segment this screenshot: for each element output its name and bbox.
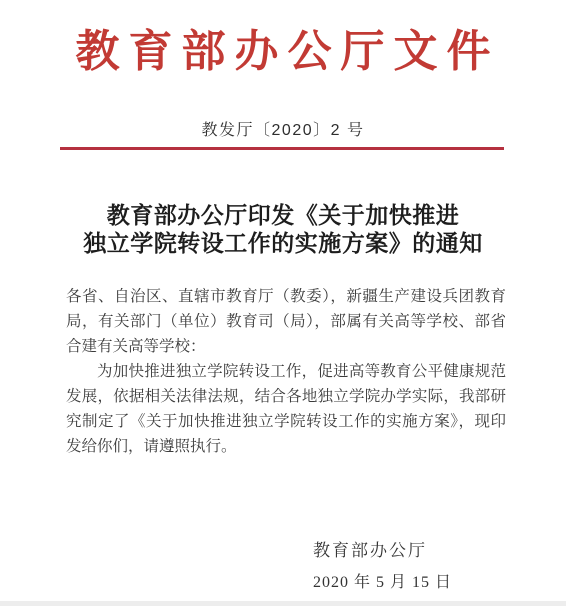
body-paragraph-line: 究制定了《关于加快推进独立学院转设工作的实施方案》，现印 — [66, 409, 506, 434]
body-paragraph-line: 发给你们，请遵照执行。 — [66, 434, 506, 459]
document-header-title: 教育部办公厅文件 — [0, 28, 566, 76]
notice-title-line-1: 教育部办公厅印发《关于加快推进 — [0, 201, 566, 229]
notice-title-line-2: 独立学院转设工作的实施方案》的通知 — [0, 229, 566, 257]
document-number: 教发厅〔2020〕2 号 — [0, 121, 566, 141]
notice-title: 教育部办公厅印发《关于加快推进 独立学院转设工作的实施方案》的通知 — [0, 201, 566, 257]
header-divider-line — [60, 147, 504, 150]
recipients-line: 合建有关高等学校： — [66, 334, 506, 359]
bottom-edge-strip — [0, 601, 566, 606]
body-paragraph-line: 为加快推进独立学院转设工作，促进高等教育公平健康规范 — [66, 359, 506, 384]
recipients-line: 局，有关部门（单位）教育司（局），部属有关高等学校、部省 — [66, 309, 506, 334]
issue-date: 2020 年 5 月 15 日 — [313, 573, 452, 593]
recipients-line: 各省、自治区、直辖市教育厅（教委），新疆生产建设兵团教育 — [66, 284, 506, 309]
body-paragraph-line: 发展，依据相关法律法规，结合各地独立学院办学实际，我部研 — [66, 384, 506, 409]
official-document-page: 教育部办公厅文件 教发厅〔2020〕2 号 教育部办公厅印发《关于加快推进 独立… — [0, 0, 566, 606]
document-body: 各省、自治区、直辖市教育厅（教委），新疆生产建设兵团教育 局，有关部门（单位）教… — [66, 284, 506, 459]
issuing-org-signature: 教育部办公厅 — [313, 541, 427, 560]
